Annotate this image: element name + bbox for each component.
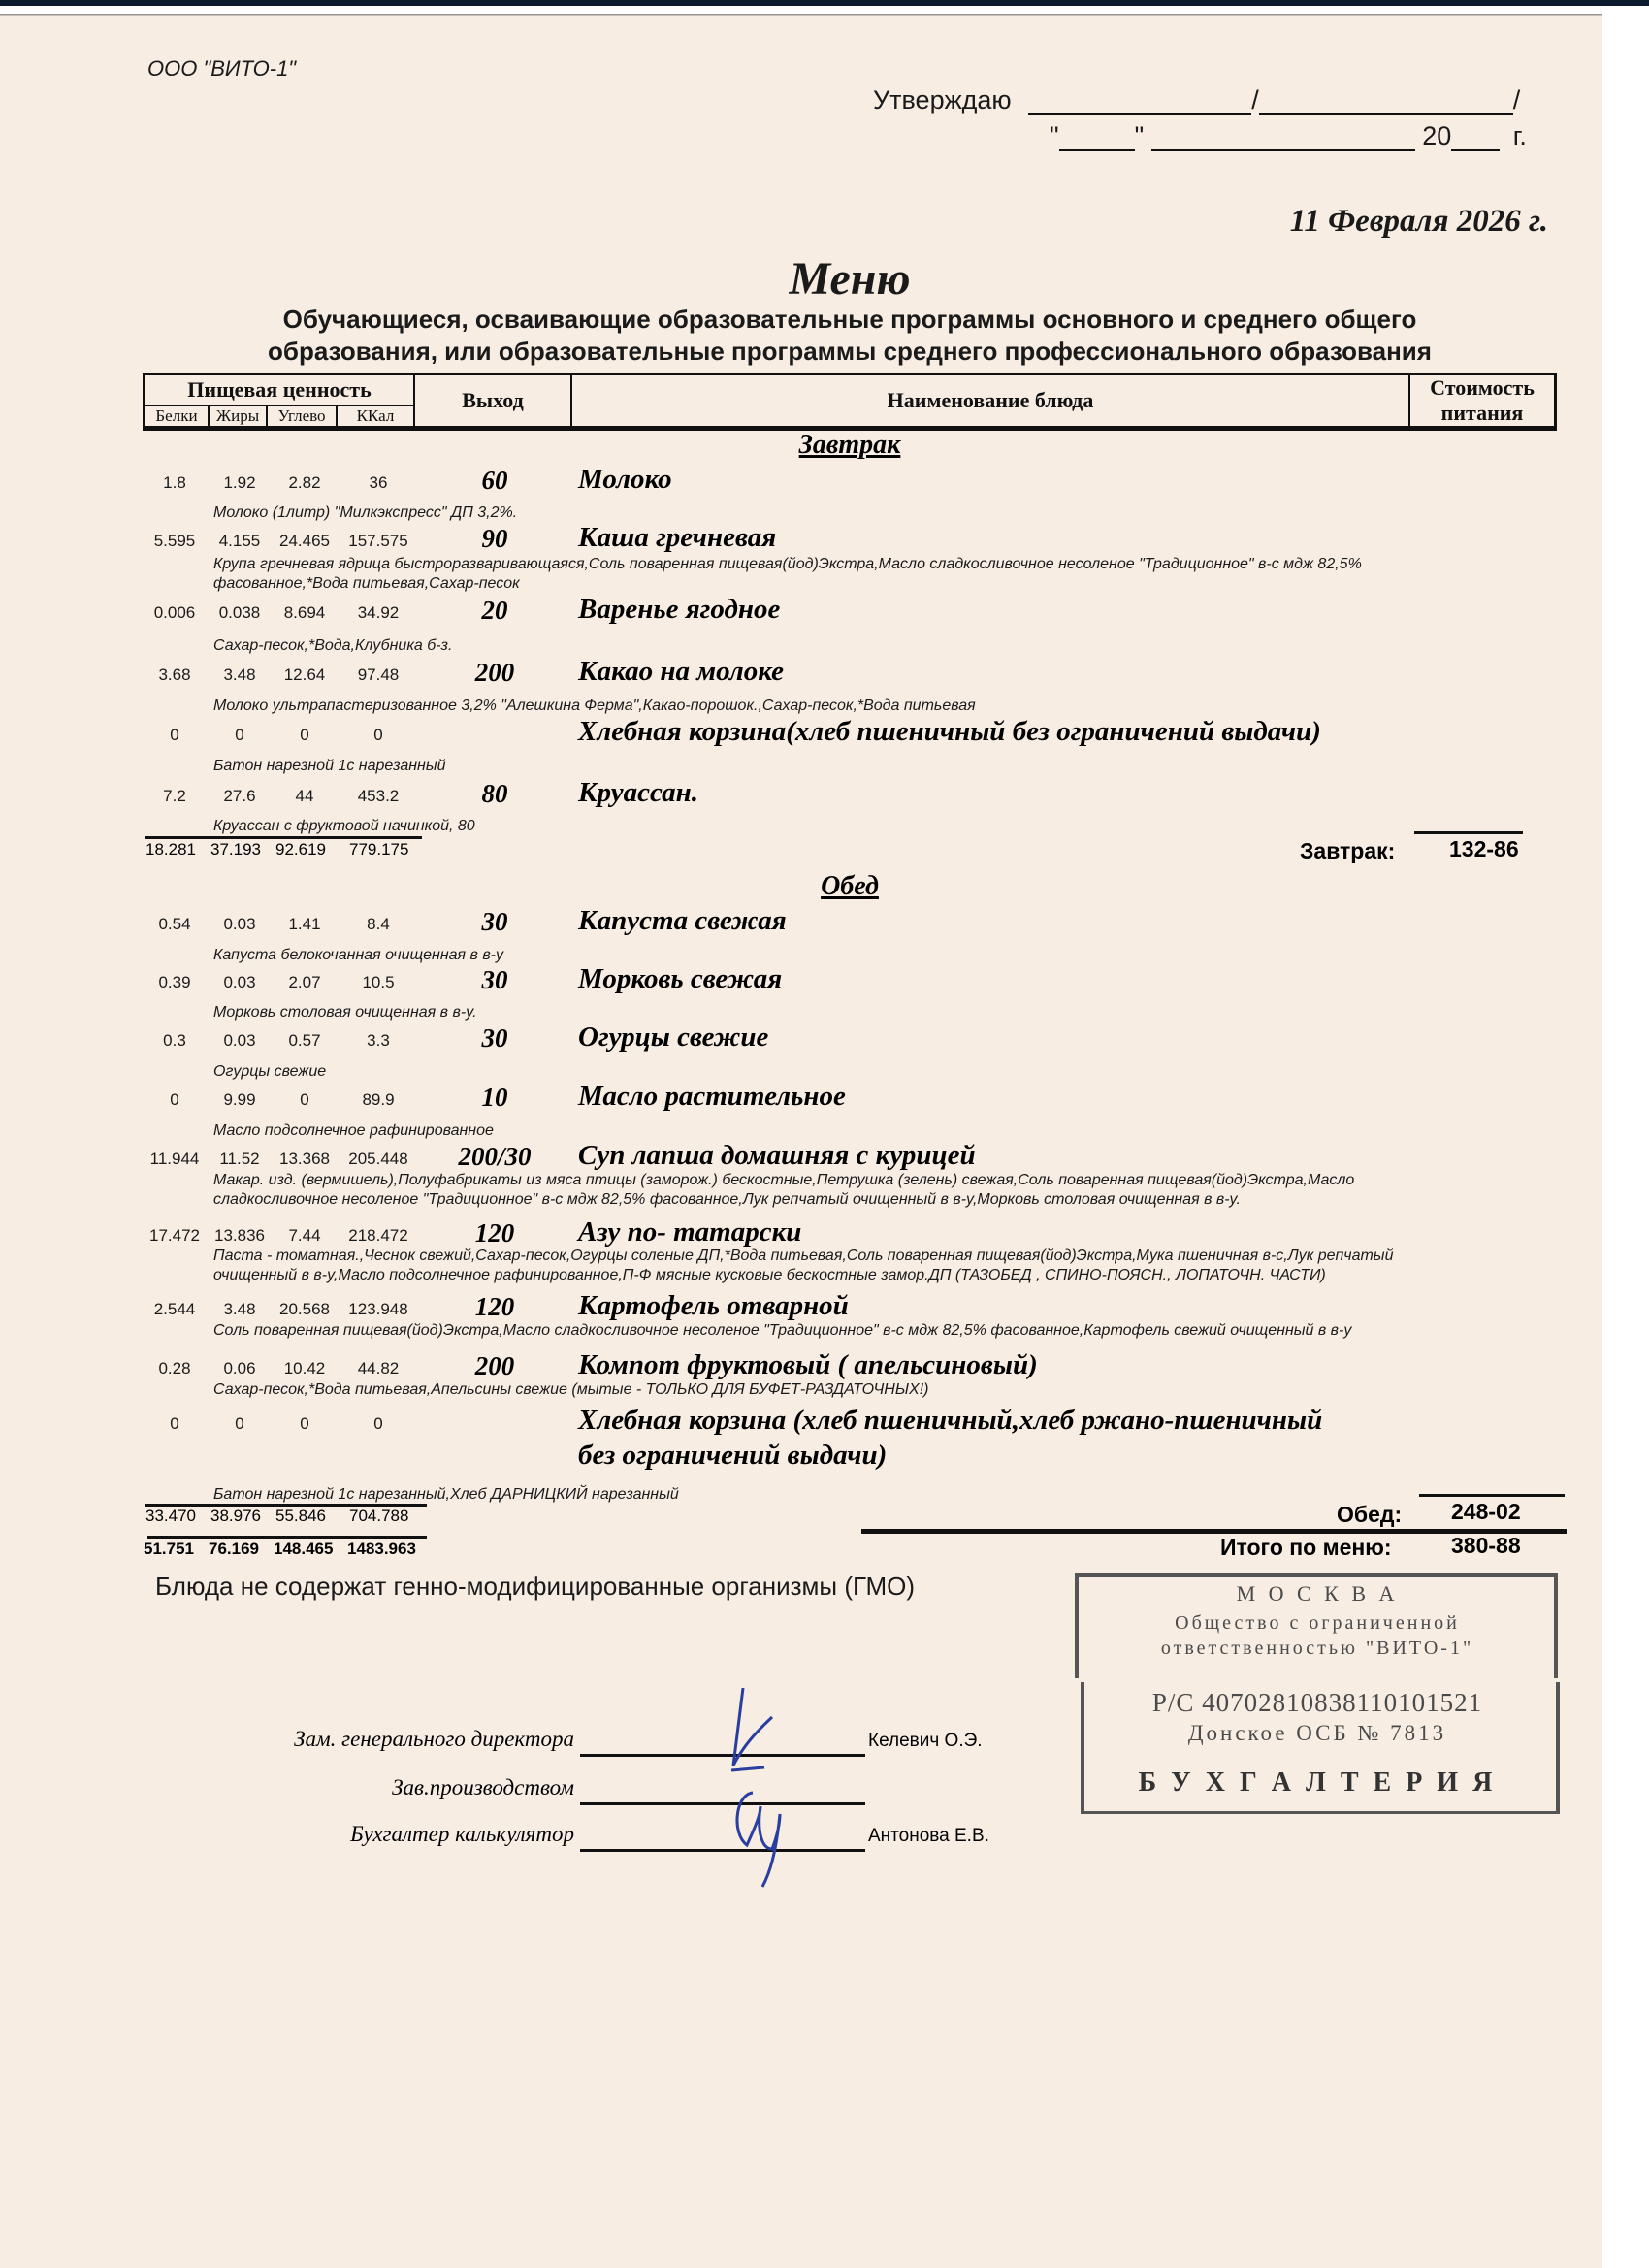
nutrition-protein: 11.944	[141, 1150, 209, 1169]
dish-name: Каша гречневая	[578, 522, 776, 554]
dish-name: Масло растительное	[578, 1081, 846, 1113]
dish-name: Молоко	[578, 464, 672, 496]
nutrition-protein: 0.28	[141, 1359, 209, 1378]
nutrition-fat: 0.03	[206, 973, 274, 992]
yield-value: 30	[436, 1023, 553, 1053]
nutrition-protein: 0.3	[141, 1031, 209, 1051]
handwritten-signature-icon	[718, 1678, 824, 1892]
cost-header-line1: Стоимость	[1410, 375, 1554, 401]
approval-date-line: "" 20 г.	[1050, 121, 1527, 151]
cost-header-line2: питания	[1410, 401, 1554, 426]
yield-value: 30	[436, 907, 553, 937]
nutrition-carbs: 7.44	[271, 1226, 339, 1246]
nutrition-header: Пищевая ценность	[145, 374, 415, 406]
nutrition-carbs: 8.694	[271, 603, 339, 623]
dish-name: Хлебная корзина(хлеб пшеничный без огран…	[578, 716, 1321, 748]
nutrition-protein: 17.472	[141, 1226, 209, 1246]
nutrition-fat: 0	[206, 726, 274, 745]
menu-table-header: Пищевая ценность Выход Наименование блюд…	[143, 373, 1557, 428]
nutrition-fat: 27.6	[206, 787, 274, 806]
nutrition-protein: 7.2	[141, 787, 209, 806]
nutrition-kcal: 36	[344, 473, 412, 493]
nutrition-kcal: 0	[344, 1414, 412, 1434]
nutrition-fat: 0	[206, 1414, 274, 1434]
yield-value: 20	[436, 596, 553, 626]
nutrition-fat: 1.92	[206, 473, 274, 493]
approver-signature-line	[1028, 90, 1251, 115]
yield-value: 120	[436, 1292, 553, 1322]
dish-name: Хлебная корзина (хлеб пшеничный,хлеб ржа…	[578, 1405, 1322, 1437]
nutrition-protein: 3.68	[141, 665, 209, 685]
grand-total-fat: 76.169	[209, 1539, 259, 1559]
nutrition-carbs: 0	[271, 726, 339, 745]
grand-total-carbs: 148.465	[274, 1539, 333, 1559]
dish-name: Компот фруктовый ( апельсиновый)	[578, 1349, 1038, 1381]
nutrition-protein: 0.006	[141, 603, 209, 623]
kcal-header: ККал	[337, 405, 414, 427]
carbs-header: Углево	[267, 405, 337, 427]
nutrition-kcal: 157.575	[344, 532, 412, 551]
lunch-cost-value: 248-02	[1451, 1499, 1521, 1525]
nutrition-carbs: 0	[271, 1090, 339, 1110]
nutrition-kcal: 3.3	[344, 1031, 412, 1051]
yield-value: 120	[436, 1218, 553, 1248]
section-title-lunch: Обед	[0, 871, 1649, 902]
nutrition-fat: 3.48	[206, 1300, 274, 1319]
nutrition-carbs: 0.57	[271, 1031, 339, 1051]
nutrition-carbs: 12.64	[271, 665, 339, 685]
fat-header: Жиры	[209, 405, 267, 427]
dish-composition: Сахар-песок,*Вода питьевая,Апельсины све…	[213, 1380, 928, 1400]
nutrition-carbs: 24.465	[271, 532, 339, 551]
approve-label: Утверждаю	[873, 85, 1012, 114]
quote: "	[1050, 121, 1059, 150]
yield-value: 200/30	[436, 1142, 553, 1172]
nutrition-carbs: 13.368	[271, 1150, 339, 1169]
nutrition-protein: 0	[141, 726, 209, 745]
slash: /	[1513, 85, 1521, 114]
dish-name: Картофель отварной	[578, 1290, 849, 1322]
dish-composition: Крупа гречневая ядрица быстроразваривающ…	[213, 555, 1362, 574]
breakfast-total-protein: 18.281	[145, 840, 196, 859]
dish-composition: Соль поваренная пищевая(йод)Экстра,Масло…	[213, 1321, 1351, 1341]
nutrition-fat: 11.52	[206, 1150, 274, 1169]
dish-name: Круассан.	[578, 777, 698, 809]
company-stamp: М О С К В А Общество с ограниченной отве…	[1075, 1573, 1550, 1811]
stamp-line2: ответственностью "ВИТО-1"	[1075, 1637, 1560, 1660]
nutrition-protein: 0	[141, 1090, 209, 1110]
dish-name: Какао на молоке	[578, 656, 784, 688]
dish-name: Суп лапша домашняя с курицей	[578, 1140, 976, 1172]
yield-value: 200	[436, 658, 553, 688]
subtitle-line-2: образования, или образовательные програм…	[0, 337, 1649, 367]
yield-value: 60	[436, 466, 553, 496]
nutrition-fat: 0.03	[206, 1031, 274, 1051]
nutrition-protein: 0.39	[141, 973, 209, 992]
nutrition-fat: 0.06	[206, 1359, 274, 1378]
dish-composition: Молоко ультрапастеризованное 3,2% "Алешк…	[213, 697, 976, 716]
approver-name-line	[1259, 90, 1513, 115]
year-suffix: г.	[1513, 121, 1527, 150]
nutrition-carbs: 20.568	[271, 1300, 339, 1319]
dish-composition-line2: очищенный в в-у,Масло подсолнечное рафин…	[213, 1266, 1326, 1285]
grand-total-cost: 380-88	[1451, 1533, 1521, 1559]
nutrition-kcal: 453.2	[344, 787, 412, 806]
dish-name: Капуста свежая	[578, 905, 787, 937]
yield-value: 200	[436, 1351, 553, 1381]
nutrition-carbs: 44	[271, 787, 339, 806]
breakfast-total-kcal: 779.175	[349, 840, 408, 859]
breakfast-total-fat: 37.193	[210, 840, 261, 859]
section-title-breakfast: Завтрак	[0, 430, 1649, 461]
yield-value: 10	[436, 1083, 553, 1113]
quote: "	[1135, 121, 1145, 150]
stamp-bank: Донское ОСБ № 7813	[1075, 1721, 1560, 1746]
nutrition-carbs: 2.82	[271, 473, 339, 493]
nutrition-fat: 0.03	[206, 915, 274, 934]
lunch-total-carbs: 55.846	[275, 1507, 326, 1526]
nutrition-fat: 3.48	[206, 665, 274, 685]
nutrition-fat: 9.99	[206, 1090, 274, 1110]
breakfast-cost-label: Завтрак:	[1300, 838, 1395, 864]
dish-composition: Паста - томатная.,Чеснок свежий,Сахар-пе…	[213, 1247, 1393, 1266]
nutrition-fat: 0.038	[206, 603, 274, 623]
dish-composition: Батон нарезной 1с нарезанный,Хлеб ДАРНИЦ…	[213, 1485, 679, 1505]
cost-header: Стоимость питания	[1409, 374, 1556, 428]
nutrition-kcal: 10.5	[344, 973, 412, 992]
breakfast-cost-value: 132-86	[1449, 836, 1519, 862]
nutrition-carbs: 10.42	[271, 1359, 339, 1378]
dish-composition: Сахар-песок,*Вода,Клубника б-з.	[213, 636, 452, 656]
gmo-note: Блюда не содержат генно-модифицированные…	[155, 1571, 915, 1602]
nutrition-kcal: 44.82	[344, 1359, 412, 1378]
signature-role: Зам. генерального директора	[167, 1727, 574, 1752]
protein-header: Белки	[145, 405, 210, 427]
nutrition-protein: 5.595	[141, 532, 209, 551]
lunch-cost-label: Обед:	[1337, 1502, 1402, 1528]
yield-value: 90	[436, 524, 553, 554]
nutrition-protein: 2.544	[141, 1300, 209, 1319]
document-date: 11 Февраля 2026 г.	[1290, 204, 1548, 240]
lunch-total-kcal: 704.788	[349, 1507, 408, 1526]
stamp-department: Б У Х Г А Л Т Е Р И Я	[1075, 1767, 1560, 1798]
nutrition-fat: 4.155	[206, 532, 274, 551]
nutrition-kcal: 0	[344, 726, 412, 745]
breakfast-total-carbs: 92.619	[275, 840, 326, 859]
yield-value: 30	[436, 965, 553, 995]
dish-name: Огурцы свежие	[578, 1021, 768, 1053]
dish-composition: Круассан с фруктовой начинкой, 80	[213, 817, 475, 836]
month-line	[1151, 126, 1415, 151]
breakfast-sum-rule	[145, 836, 422, 839]
nutrition-kcal: 89.9	[344, 1090, 412, 1110]
lunch-cost-rule	[1419, 1494, 1565, 1497]
grand-total-kcal: 1483.963	[347, 1539, 416, 1559]
yield-header: Выход	[414, 374, 571, 428]
dish-name-line2: без ограничений выдачи)	[578, 1440, 887, 1472]
nutrition-protein: 1.8	[141, 473, 209, 493]
nutrition-kcal: 97.48	[344, 665, 412, 685]
signature-role: Бухгалтер калькулятор	[167, 1822, 574, 1847]
organization-name: ООО "ВИТО-1"	[147, 56, 296, 81]
grand-total-protein: 51.751	[144, 1539, 194, 1559]
nutrition-kcal: 34.92	[344, 603, 412, 623]
yield-value: 80	[436, 779, 553, 809]
dish-composition: Огурцы свежие	[213, 1062, 326, 1082]
slash: /	[1251, 85, 1259, 114]
approval-block: Утверждаю //	[873, 85, 1520, 115]
stamp-line1: Общество с ограниченной	[1075, 1612, 1560, 1635]
year-line	[1451, 126, 1500, 151]
nutrition-carbs: 1.41	[271, 915, 339, 934]
dish-name-header: Наименование блюда	[571, 374, 1409, 428]
page-title: Меню	[0, 252, 1649, 306]
nutrition-fat: 13.836	[206, 1226, 274, 1246]
dish-name: Морковь свежая	[578, 963, 782, 995]
dish-composition: Масло подсолнечное рафинированное	[213, 1121, 494, 1141]
dish-name: Азу по- татарски	[578, 1216, 801, 1248]
dish-composition: Макар. изд. (вермишель),Полуфабрикаты из…	[213, 1171, 1354, 1190]
dish-composition: Батон нарезной 1с нарезанный	[213, 757, 446, 776]
dish-composition: Морковь столовая очищенная в в-у.	[213, 1003, 477, 1022]
nutrition-carbs: 0	[271, 1414, 339, 1434]
dish-composition: Капуста белокочанная очищенная в в-у	[213, 946, 503, 965]
stamp-account: Р/С 40702810838110101521	[1075, 1688, 1560, 1718]
scan-edge	[0, 0, 1649, 6]
grand-total-label: Итого по меню:	[1220, 1535, 1392, 1561]
breakfast-cost-rule	[1414, 831, 1523, 834]
dish-composition: Молоко (1литр) "Милкэкспресс" ДП 3,2%.	[213, 503, 517, 523]
nutrition-kcal: 205.448	[344, 1150, 412, 1169]
nutrition-protein: 0	[141, 1414, 209, 1434]
signature-role: Зав.производством	[167, 1775, 574, 1800]
nutrition-carbs: 2.07	[271, 973, 339, 992]
dish-composition-line2: фасованное,*Вода питьевая,Сахар-песок	[213, 574, 520, 594]
day-line	[1059, 126, 1135, 151]
dish-name: Варенье ягодное	[578, 594, 780, 626]
nutrition-kcal: 218.472	[344, 1226, 412, 1246]
signatory-name: Келевич О.Э.	[868, 1731, 983, 1752]
stamp-city: М О С К В А	[1075, 1581, 1560, 1606]
lunch-total-fat: 38.976	[210, 1507, 261, 1526]
signatory-name: Антонова Е.В.	[868, 1826, 989, 1847]
subtitle-line-1: Обучающиеся, осваивающие образовательные…	[0, 305, 1649, 335]
year-prefix: 20	[1422, 121, 1451, 150]
nutrition-protein: 0.54	[141, 915, 209, 934]
dish-composition-line2: сладкосливочное несоленое "Традиционное"…	[213, 1190, 1241, 1210]
lunch-total-protein: 33.470	[145, 1507, 196, 1526]
nutrition-kcal: 123.948	[344, 1300, 412, 1319]
nutrition-kcal: 8.4	[344, 915, 412, 934]
